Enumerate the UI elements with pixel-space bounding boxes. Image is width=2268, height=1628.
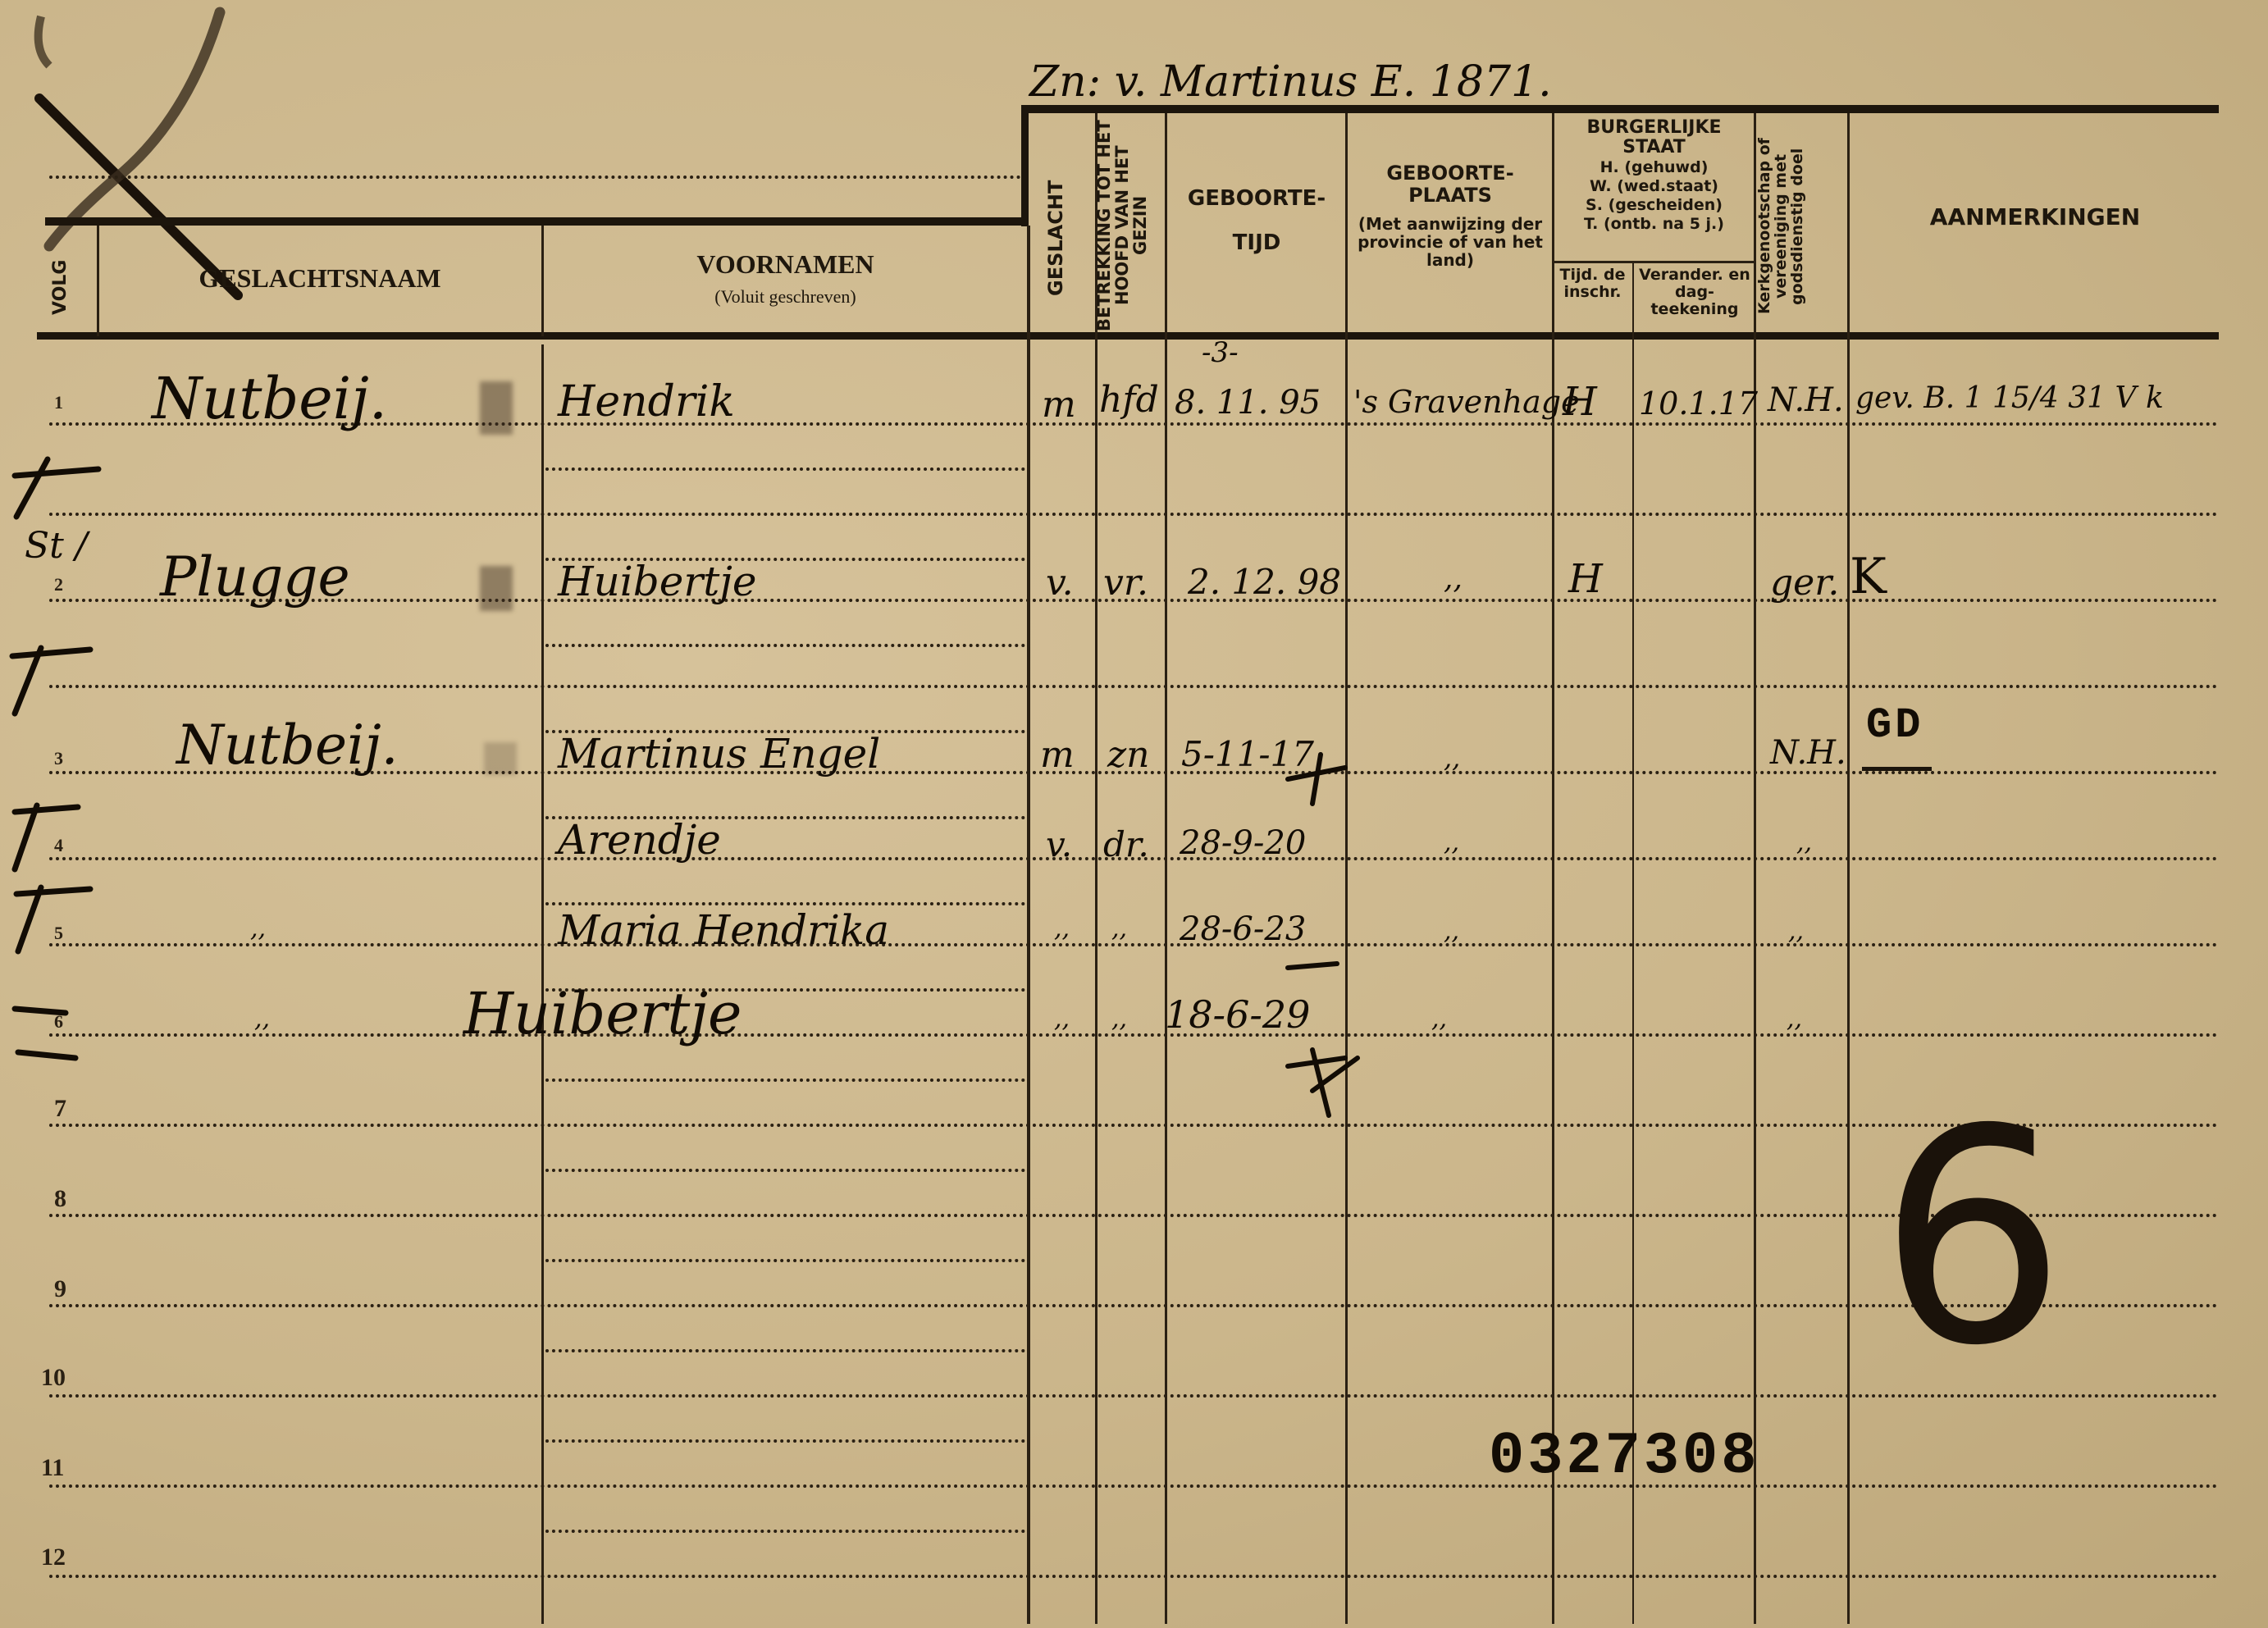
row6-geslacht: ,,	[1054, 1005, 1070, 1033]
col-header-kerkgenootschap: Kerkgenootschap of vereeniging met godsd…	[1757, 119, 1846, 334]
col-header-volg: VOLG	[51, 246, 84, 328]
row2-betrekking: vr.	[1103, 562, 1148, 604]
col-header-bs-w: W. (wed.staat)	[1554, 178, 1754, 195]
row3-betrekking: zn	[1107, 734, 1150, 776]
row1-geslacht: m	[1042, 384, 1076, 426]
col-header-geboorteplaats-1: GEBOORTE-	[1348, 162, 1552, 184]
header-annotation: Zn: v. Martinus E. 1871.	[1029, 57, 1552, 107]
row2-geslacht: v.	[1046, 562, 1074, 604]
col-header-bs-t: T. (ontb. na 5 j.)	[1554, 216, 1754, 233]
col-header-geboortetijd-2: TIJD	[1168, 231, 1345, 255]
row1-geboorteplaats: 's Gravenhage	[1353, 384, 1580, 420]
row3-geslacht: m	[1040, 734, 1075, 776]
row1-aanmerkingen: gev. B. 1 15/4 31 V k	[1855, 381, 2164, 415]
header-bottom-rule	[37, 332, 2219, 340]
row3-geslachtsnaam: Nutbeij.	[176, 714, 399, 777]
row3-stamp-smudge	[484, 742, 517, 775]
col-header-voornamen-sub: (Voluit geschreven)	[545, 287, 1025, 307]
top-rule-step	[1021, 105, 1029, 226]
col-header-betrekking: BETREKKING TOT HET HOOFD VAN HET GEZIN	[1095, 119, 1162, 332]
col-rule-voornamen	[1027, 226, 1030, 1624]
row3-voornamen: Martinus Engel	[558, 730, 880, 778]
row4-betrekking: dr.	[1103, 824, 1149, 864]
row1-stamp-smudge	[480, 381, 513, 435]
col-header-verander: Verander. en dag-teekening	[1636, 267, 1754, 318]
row6-betrekking: ,,	[1111, 1005, 1127, 1033]
col-header-geboorteplaats-sub: (Met aanwijzing der provincie of van het…	[1353, 215, 1547, 269]
row4-geslacht: v.	[1046, 824, 1072, 864]
row5-geslacht: ,,	[1054, 914, 1070, 943]
row5-betrekking: ,,	[1111, 914, 1127, 943]
col-rule-volg	[97, 226, 99, 336]
row1-kerkgenootschap: N.H.	[1768, 381, 1844, 419]
row1-geboortetijd-note: -3-	[1202, 336, 1239, 369]
row1-bs-verander: 10.1.17	[1639, 385, 1758, 422]
row-number-10: 10	[41, 1364, 66, 1392]
top-rule-left	[45, 217, 1029, 226]
col-header-aanmerkingen: AANMERKINGEN	[1850, 205, 2220, 230]
row5-kerkgenootschap: ,,	[1788, 917, 1804, 946]
row5-geboorteplaats: ,,	[1444, 917, 1459, 946]
row3-geboorteplaats: ,,	[1444, 742, 1460, 773]
row1-betrekking: hfd	[1099, 379, 1159, 421]
date-strike-marks-icon	[1255, 738, 1378, 1132]
col-header-geslachtsnaam: GESLACHTSNAAM	[107, 264, 533, 293]
row1-voornamen: Hendrik	[558, 377, 735, 426]
row-number-9: 9	[54, 1275, 66, 1303]
margin-tick-marks-icon	[0, 410, 197, 1066]
row2-margin-note: St /	[25, 525, 88, 567]
row5-voornamen: Maria Hendrika	[558, 906, 889, 954]
row1-geslachtsnaam: Nutbeij.	[152, 365, 387, 432]
row4-voornamen: Arendje	[558, 816, 721, 864]
row6-voornamen: Huibertje	[463, 980, 742, 1047]
row2-geboortetijd: 2. 12. 98	[1188, 562, 1341, 602]
col-header-geboortetijd-1: GEBOORTE-	[1168, 187, 1345, 211]
gd-underline	[1862, 767, 1932, 771]
col-header-bs-s: S. (gescheiden)	[1554, 197, 1754, 214]
row2-geslachtsnaam: Plugge	[160, 545, 350, 609]
col-rule-tijd	[1632, 261, 1634, 1624]
row-number-7: 7	[54, 1095, 66, 1123]
col-header-geslacht: GESLACHT	[1046, 148, 1079, 328]
col-header-geboorteplaats-2: PLAATS	[1348, 185, 1552, 206]
row6-geslachtsnaam: ,,	[254, 1005, 270, 1033]
row6-geboorteplaats: ,,	[1431, 1005, 1447, 1033]
row3-kerkgenootschap: N.H.	[1770, 734, 1846, 772]
row4-kerkgenootschap: ,,	[1796, 828, 1812, 857]
row2-kerkgenootschap: ger.	[1770, 562, 1839, 604]
col-header-bs-2: STAAT	[1554, 138, 1754, 157]
bs-sub-rule	[1552, 261, 1754, 263]
col-header-tijd: Tijd. de inschr.	[1554, 267, 1631, 301]
col-header-bs-h: H. (gehuwd)	[1554, 159, 1754, 176]
col-header-voornamen: VOORNAMEN	[545, 250, 1025, 279]
row2-voornamen: Huibertje	[558, 558, 756, 605]
row2-geboorteplaats: ,,	[1444, 562, 1463, 595]
row2-stamp-smudge	[480, 566, 513, 611]
top-rule-right	[1021, 105, 2219, 113]
large-margin-mark: 6	[1878, 1066, 2066, 1410]
top-dotted-line	[49, 176, 1021, 179]
row-number-8: 8	[54, 1185, 66, 1213]
col-header-bs-1: BURGERLIJKE	[1554, 118, 1754, 138]
row2-burgerlijke-staat: H	[1568, 556, 1603, 602]
row2-aanmerkingen: K	[1850, 548, 1887, 605]
serial-number: 0327308	[1489, 1423, 1759, 1490]
col-rule-geslachtsnaam	[541, 226, 544, 336]
row6-kerkgenootschap: ,,	[1787, 1005, 1802, 1033]
row-number-12: 12	[41, 1544, 66, 1571]
row-number-11: 11	[41, 1454, 64, 1482]
row5-geslachtsnaam: ,,	[250, 914, 266, 943]
row1-burgerlijke-staat: H	[1563, 379, 1597, 425]
gd-stamp: GD	[1866, 701, 1923, 750]
row1-geboortetijd: 8. 11. 95	[1175, 384, 1321, 422]
row4-geboorteplaats: ,,	[1444, 828, 1459, 857]
